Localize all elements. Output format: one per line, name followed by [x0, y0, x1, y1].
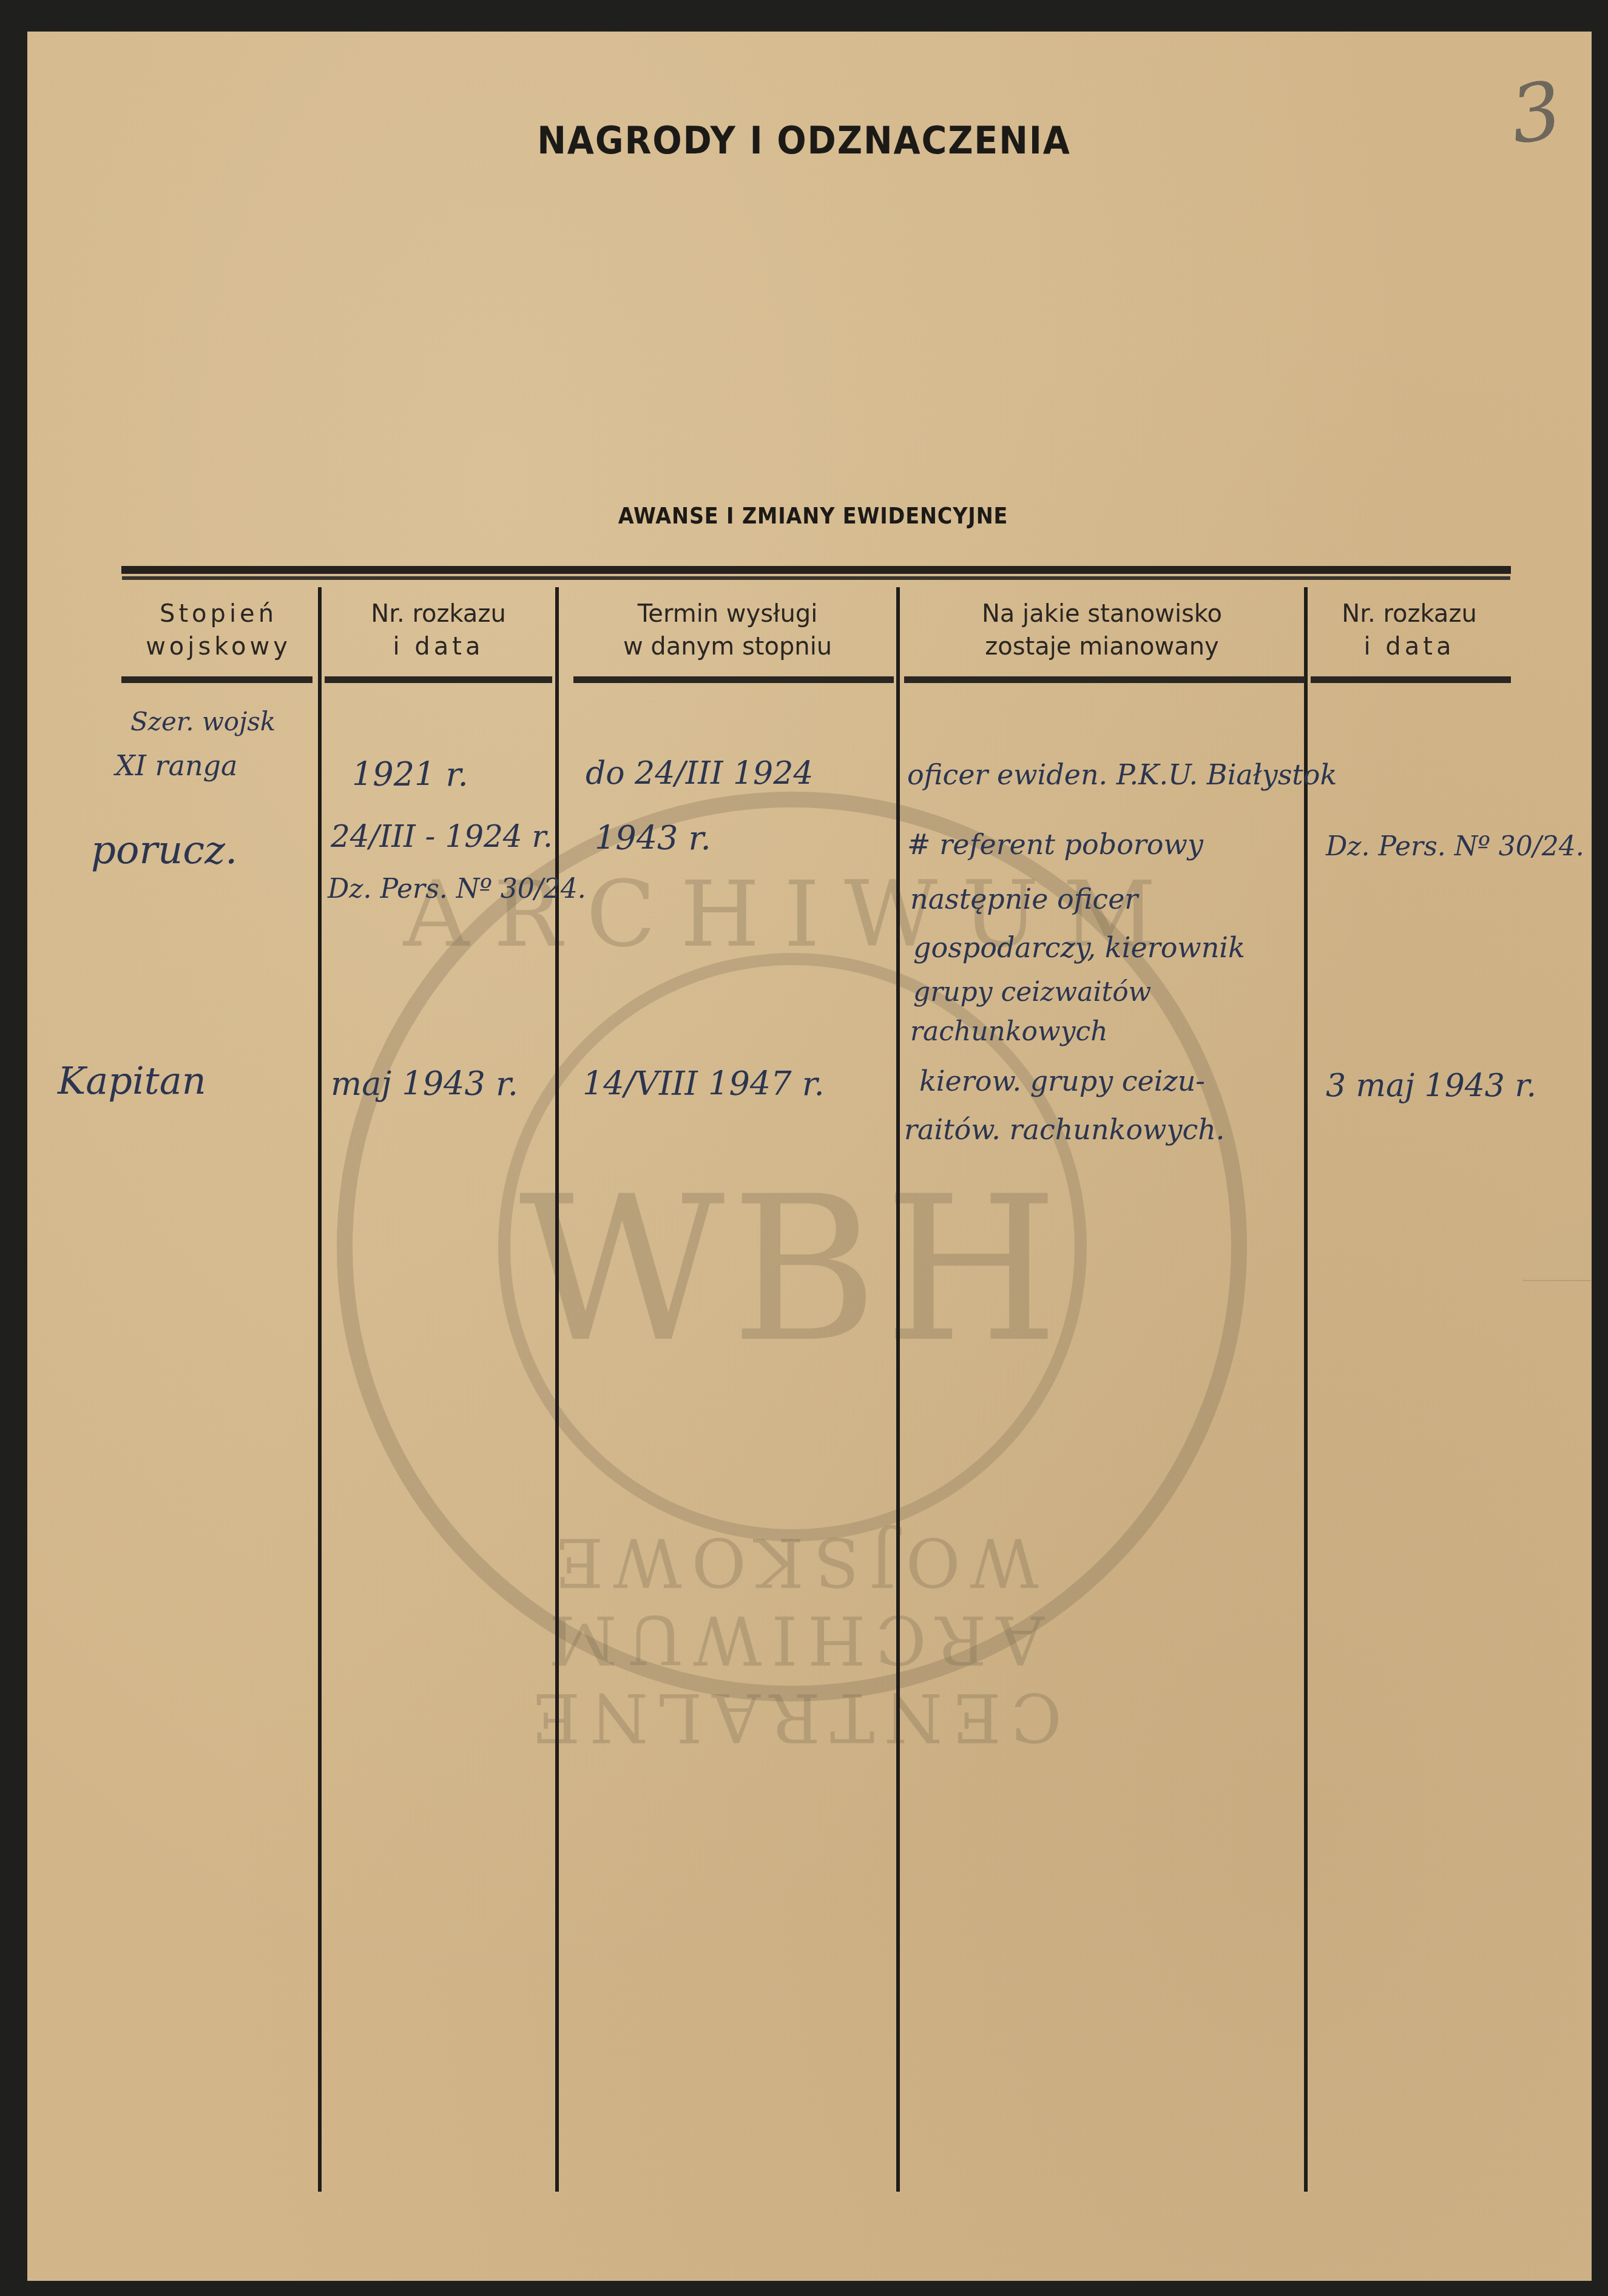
term-cell: do 24/III 1924: [586, 755, 813, 792]
table-top-rule: [121, 566, 1511, 576]
header-line: Termin wysługi: [559, 598, 896, 630]
header-line: Na jakie stanowisko: [900, 598, 1304, 630]
column-divider: [318, 587, 322, 2192]
header-rule: [1311, 676, 1511, 683]
position-cell: gospodarczy, kierownik: [913, 931, 1245, 964]
rank-cell: XI ranga: [115, 749, 237, 782]
header-line: Nr. rozkazu: [322, 598, 555, 630]
header-line: i data: [322, 630, 555, 663]
header-rule: [573, 676, 894, 683]
position-cell: kierow. grupy ceizu-: [919, 1065, 1205, 1097]
position-cell: grupy ceizwaitów: [913, 977, 1151, 1008]
order-cell: 24/III - 1924 r.: [331, 819, 553, 854]
order-cell: maj 1943 r.: [331, 1065, 518, 1103]
header-rule: [121, 676, 312, 683]
column-divider: [1304, 587, 1308, 2192]
header-rule: [325, 676, 552, 683]
column-header-term: Termin wysługi w danym stopniu: [559, 598, 896, 663]
position-cell: następnie oficer: [910, 883, 1138, 915]
term-cell: 1943 r.: [595, 819, 711, 857]
header-line: i data: [1308, 630, 1511, 663]
column-divider: [896, 587, 900, 2192]
position-cell: oficer ewiden. P.K.U. Białystok: [907, 758, 1337, 791]
order-cell: Dz. Pers. Nº 30/24.: [328, 874, 586, 904]
order-cell: 1921 r.: [352, 755, 468, 793]
rank-cell: Kapitan: [58, 1059, 206, 1103]
header-rule: [904, 676, 1305, 683]
rank-cell: porucz.: [91, 828, 237, 873]
header-line: zostaje mianowany: [900, 630, 1304, 663]
position-cell: raitów. rachunkowych.: [904, 1113, 1225, 1146]
header-line: Stopień: [121, 598, 316, 630]
order-2-cell: Dz. Pers. Nº 30/24.: [1326, 831, 1584, 862]
term-cell: 14/VIII 1947 r.: [583, 1065, 825, 1103]
column-divider: [555, 587, 559, 2192]
position-cell: # referent poborowy: [907, 828, 1203, 861]
column-header-rank: Stopień wojskowy: [121, 598, 316, 663]
document-page: [27, 32, 1592, 2281]
page-title: NAGRODY I ODZNACZENIA: [64, 118, 1544, 163]
column-header-order: Nr. rozkazu i data: [322, 598, 555, 663]
section-title: AWANSE I ZMIANY EWIDENCYJNE: [98, 502, 1529, 529]
header-line: wojskowy: [121, 630, 316, 663]
order-2-cell: 3 maj 1943 r.: [1326, 1068, 1536, 1104]
position-cell: rachunkowych: [910, 1016, 1108, 1047]
column-header-position: Na jakie stanowisko zostaje mianowany: [900, 598, 1304, 663]
header-line: Nr. rozkazu: [1308, 598, 1511, 630]
header-line: w danym stopniu: [559, 630, 896, 663]
column-header-order-2: Nr. rozkazu i data: [1308, 598, 1511, 663]
rank-cell: Szer. wojsk: [130, 707, 275, 736]
